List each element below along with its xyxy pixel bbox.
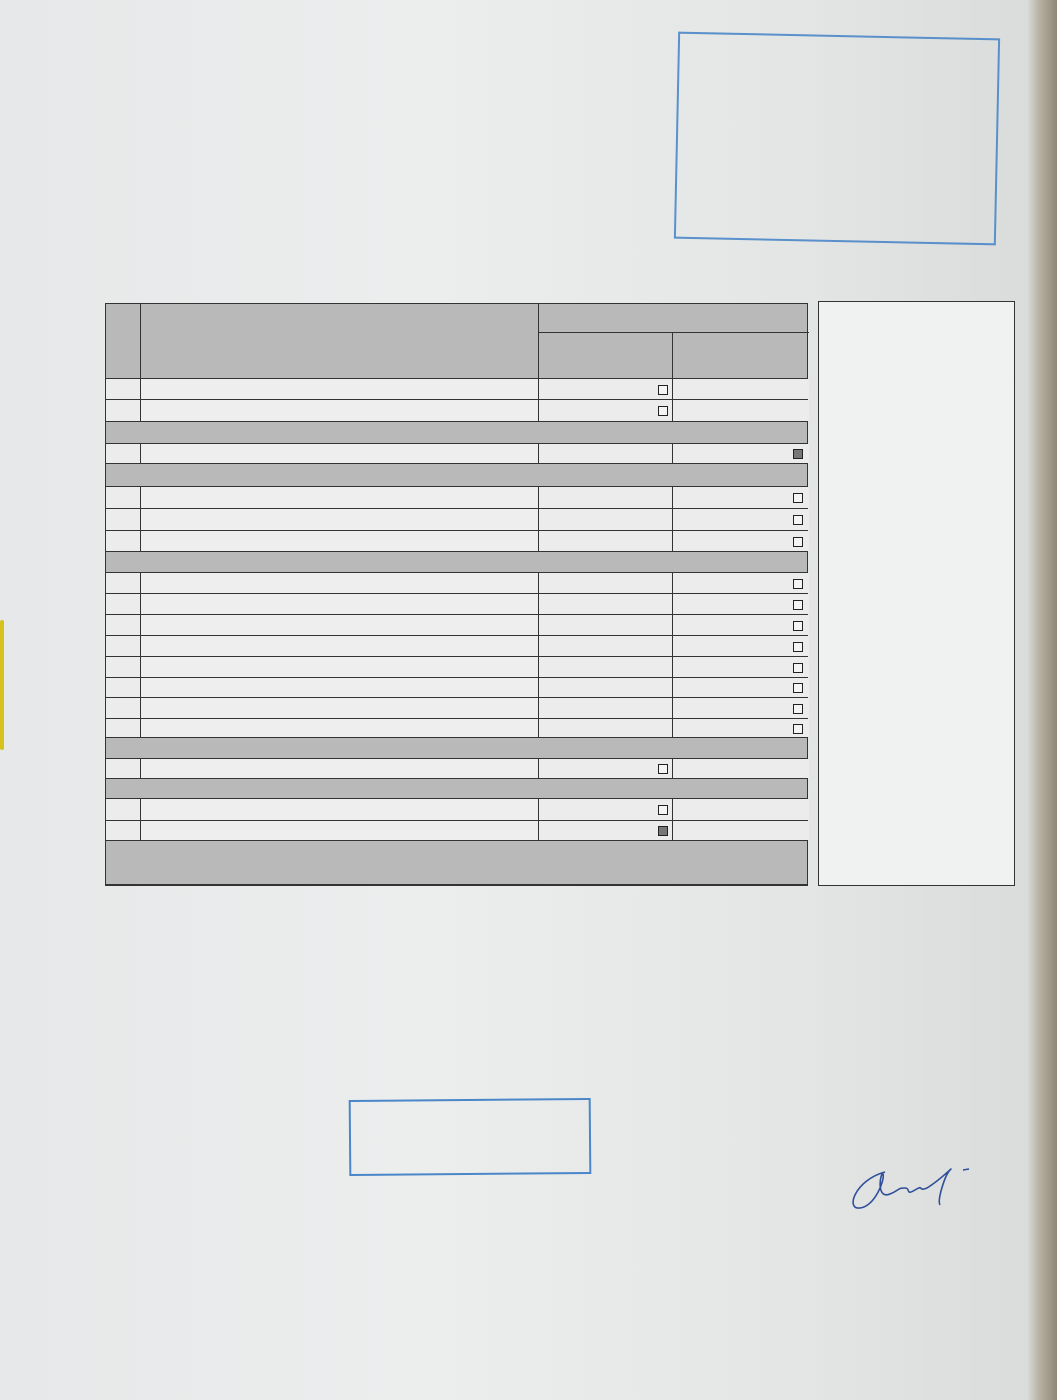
chart-svg: [0, 0, 1057, 930]
lab-head-stamp-line2: [351, 1106, 589, 1108]
signature-scribble: [845, 1160, 995, 1220]
lab-head-stamp-line1: [351, 1106, 589, 1108]
lab-head-stamp: [349, 1098, 592, 1176]
